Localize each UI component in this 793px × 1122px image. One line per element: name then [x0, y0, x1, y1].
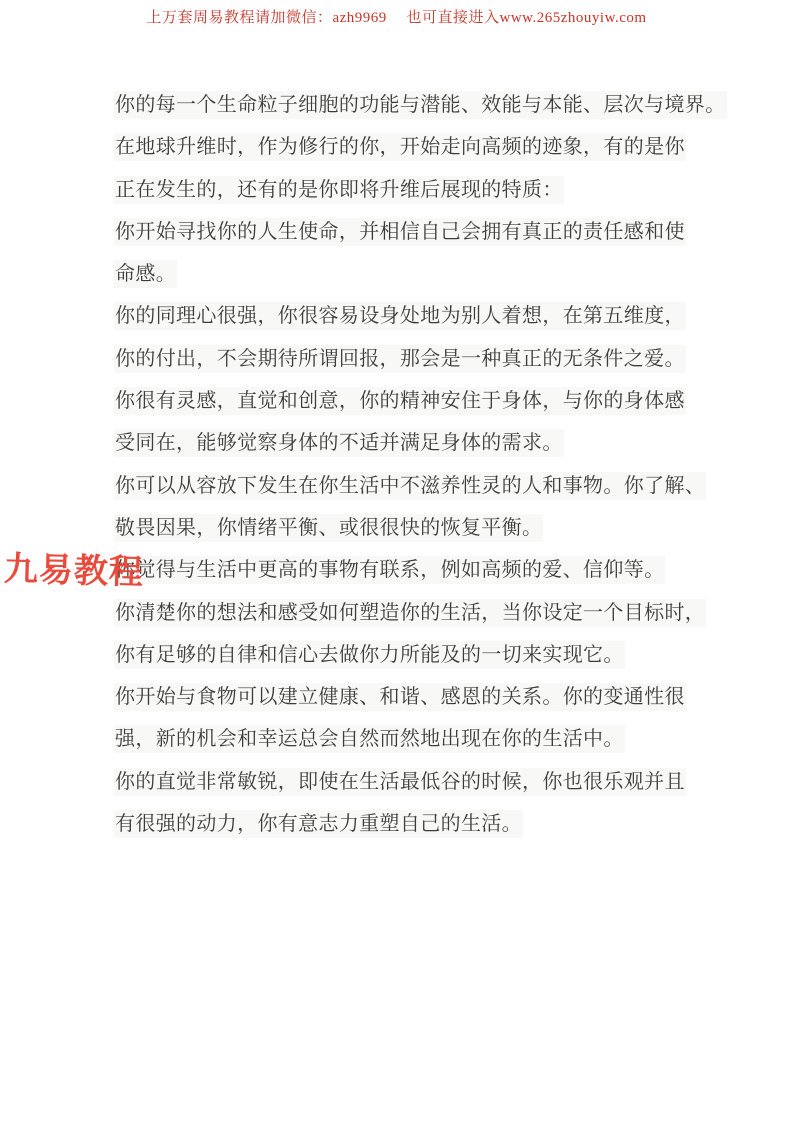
document-line: 你可以从容放下发生在你生活中不滋养性灵的人和事物。你了解、	[115, 465, 695, 507]
document-line: 你开始与食物可以建立健康、和谐、感恩的关系。你的变通性很	[115, 676, 695, 718]
document-line: 强，新的机会和幸运总会自然而然地出现在你的生活中。	[115, 718, 695, 760]
header-promo-notice: 上万套周易教程请加微信：azh9969 也可直接进入www.265zhouyiw…	[0, 6, 793, 27]
document-line: 正在发生的，还有的是你即将升维后展现的特质：	[115, 169, 695, 211]
document-line: 在地球升维时，作为修行的你，开始走向高频的迹象，有的是你	[115, 126, 695, 168]
document-line: 你的同理心很强，你很容易设身处地为别人着想，在第五维度，	[115, 295, 695, 337]
document-line: 你的每一个生命粒子细胞的功能与潜能、效能与本能、层次与境界。	[115, 84, 695, 126]
document-page: 上万套周易教程请加微信：azh9969 也可直接进入www.265zhouyiw…	[0, 0, 793, 1122]
document-line: 你清楚你的想法和感受如何塑造你的生活，当你设定一个目标时，	[115, 592, 695, 634]
document-line: 敬畏因果，你情绪平衡、或很很快的恢复平衡。	[115, 507, 695, 549]
document-line: 你觉得与生活中更高的事物有联系，例如高频的爱、信仰等。	[115, 549, 695, 591]
document-line: 受同在，能够觉察身体的不适并满足身体的需求。	[115, 422, 695, 464]
watermark-text: 九易教程	[3, 541, 144, 594]
document-line: 你的直觉非常敏锐，即使在生活最低谷的时候，你也很乐观并且	[115, 761, 695, 803]
document-line: 你开始寻找你的人生使命，并相信自己会拥有真正的责任感和使	[115, 211, 695, 253]
document-line: 你有足够的自律和信心去做你力所能及的一切来实现它。	[115, 634, 695, 676]
document-line: 命感。	[115, 253, 695, 295]
document-line: 有很强的动力，你有意志力重塑自己的生活。	[115, 803, 695, 845]
document-line: 你很有灵感，直觉和创意，你的精神安住于身体，与你的身体感	[115, 380, 695, 422]
document-body: 你的每一个生命粒子细胞的功能与潜能、效能与本能、层次与境界。在地球升维时，作为修…	[115, 84, 695, 845]
document-line: 你的付出，不会期待所谓回报，那会是一种真正的无条件之爱。	[115, 338, 695, 380]
